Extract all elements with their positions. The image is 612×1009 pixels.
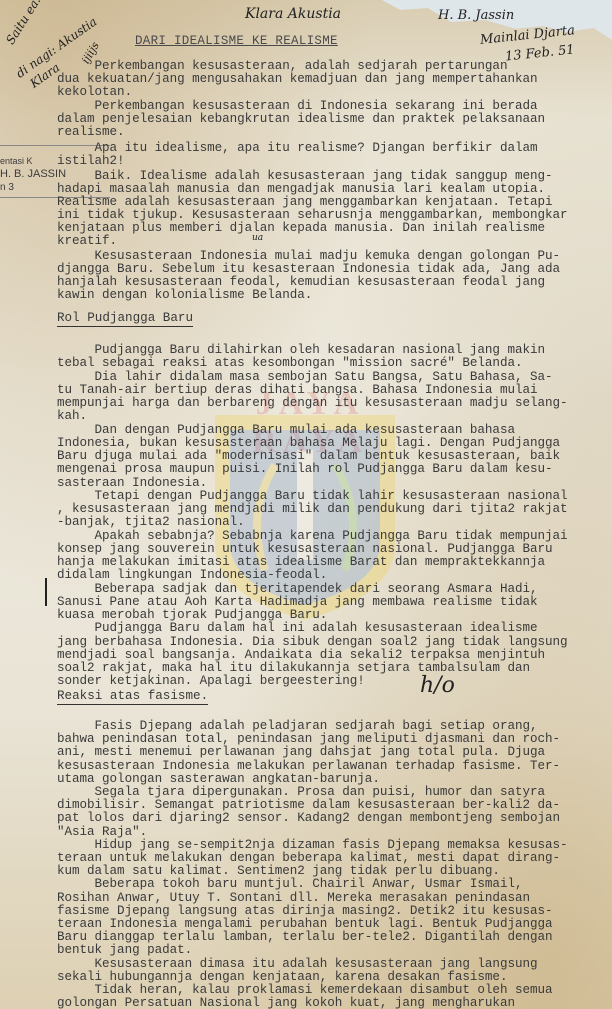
typed-line: fasisme Djepang langsung atas dirinja ma… <box>57 905 553 918</box>
typed-line: Tetapi dengan Pudjangga Baru tidak lahir… <box>57 490 568 503</box>
typed-line: teraan untuk melakukan dengan beberapa k… <box>57 852 560 865</box>
typed-line: teraan Indonesia mengalami perubahan ben… <box>57 918 553 931</box>
typed-line: pat lolos dari djaring2 sensor. Kadang2 … <box>57 812 560 825</box>
typed-line: didalam lingkungan Indonesia-feodal. <box>57 569 327 582</box>
typed-line: Hidup jang se-sempit2nja dizaman fasis D… <box>57 839 568 852</box>
typed-line: dimobilisir. Semangat patriotisme dalam … <box>57 799 560 812</box>
handwritten-author-name: Klara Akustia <box>245 8 341 21</box>
heading-rol-pudjangga-baru: Rol Pudjangga Baru <box>57 312 193 327</box>
typed-line: istilah2! <box>57 155 125 168</box>
typed-line: dalam penjelesaian kebangkrutan idealism… <box>57 113 545 126</box>
typed-line: Pudjangga Baru dalam hal ini adalah kesu… <box>57 622 537 635</box>
typed-line: Baru dianggap terlalu lamban, terlalu be… <box>57 931 553 944</box>
typed-line: tu Tanah-air bertiup deras dihati bangsa… <box>57 384 537 397</box>
typed-line: kekolotan. <box>57 86 132 99</box>
typed-line: Indonesia, bukan kesusasteraan bahasa Me… <box>57 437 560 450</box>
typed-line: kum dalam satu kalimat. Sentimen2 jang t… <box>57 865 500 878</box>
typed-line: bahwa penindasan total, penindasan jang … <box>57 733 560 746</box>
typed-line: realisme. <box>57 126 125 139</box>
typed-line: hanjalah kesusasteraan feodal, kemudian … <box>57 276 545 289</box>
typed-line: Kesusasteraan Indonesia mulai madju kemu… <box>57 250 560 263</box>
typed-line: Pudjangga Baru dilahirkan oleh kesadaran… <box>57 344 545 357</box>
handwritten-date: 13 Feb. 51 <box>505 44 576 64</box>
margin-mark <box>45 578 47 606</box>
typed-line: Dan dengan Pudjangga Baru mulai ada kesu… <box>57 424 515 437</box>
handwritten-initials: h/o <box>420 680 455 693</box>
typed-line: hadapi masaalah manusia dan mengadjak ma… <box>57 183 545 196</box>
typed-line: kuasa merobah tjorak Pudjangga Baru. <box>57 609 327 622</box>
typed-line: utama golongan sasterawan angkatan-barun… <box>57 773 380 786</box>
typed-line: Perkembangan kesusasteraan, adalah sedja… <box>57 60 507 73</box>
typed-line: Segala tjara dipergunakan. Prosa dan pui… <box>57 786 545 799</box>
typed-line: Sanusi Pane atau Aoh Karta Hadimadja jan… <box>57 596 537 609</box>
stamp-line-1: entasi K <box>0 155 33 168</box>
typed-line: Apakah sebabnja? Sebabnja karena Pudjang… <box>57 530 568 543</box>
typed-line: Baik. Idealisme adalah kesusasteraan jan… <box>57 170 553 183</box>
typed-line: Apa itu idealisme, apa itu realisme? Dja… <box>57 142 537 155</box>
typed-line: "Asia Raja". <box>57 826 147 839</box>
typed-line: Perkembangan kesusasteraan di Indonesia … <box>57 100 537 113</box>
typed-line: sekali hubungannja dengan kenjataan, kar… <box>57 971 507 984</box>
typed-line: ani, mesti menemui perlawanan jang dahsj… <box>57 746 545 759</box>
typed-line: Baru djuga mulai ada "modernisasi" dalam… <box>57 450 560 463</box>
document-title: DARI IDEALISME KE REALISME <box>135 35 338 48</box>
typed-line: Realisme adalah kesusasteraan jang mengg… <box>57 196 553 209</box>
typed-line: golongan Persatuan Nasional jang kokoh k… <box>57 997 515 1009</box>
typed-line: tebal sebagai reaksi atas kesombongan "m… <box>57 357 522 370</box>
typed-line: kreatif. <box>57 235 117 248</box>
typed-line: konsep jang souverein untuk kesusasteraa… <box>57 543 553 556</box>
typed-line: kesusasteraan Indonesia melakukan perlaw… <box>57 760 560 773</box>
stamp-line-3: n 3 <box>0 182 14 195</box>
typed-line: Dia lahir didalam masa sembojan Satu Ban… <box>57 371 553 384</box>
typed-line: Tidak heran, kalau proklamasi kemerdekaa… <box>57 984 553 997</box>
heading-reaksi-fasisme: Reaksi atas fasisme. <box>57 690 208 705</box>
typed-line: djangga Baru. Sebelum itu kesasteraan In… <box>57 263 560 276</box>
handwritten-right-note-1: H. B. Jassin <box>438 10 514 23</box>
typed-line: Rosihan Anwar, Utuy T. Sontani dll. Mere… <box>57 892 530 905</box>
typed-line: dua kekuatan/jang mengusahakan kemadjuan… <box>57 73 537 86</box>
typed-line: mendjadi soal bangsanja. Andaikata dia s… <box>57 649 545 662</box>
typed-document: Klara Akustia Saitu ea: di nagi: Akustia… <box>0 0 612 1009</box>
handwritten-left-note-1: Saitu ea: <box>4 0 43 47</box>
typed-line: Beberapa sadjak dan tjeritapendek dari s… <box>57 583 537 596</box>
typed-line: ini tidak tjukup. Kesusasteraan seharusn… <box>57 209 568 222</box>
typed-line: kenjataan plus memberi djalan kepada man… <box>57 222 545 235</box>
typed-line: mempunjai harga dan berbareng dengan itu… <box>57 397 568 410</box>
typed-line: soal2 rakjat, maka hal itu dilakukannja … <box>57 662 530 675</box>
typed-line: Beberapa tokoh baru muntjul. Chairil Anw… <box>57 878 522 891</box>
typed-line: kawin dengan kolonialisme Belanda. <box>57 289 312 302</box>
typed-line: , kesusasteraan jang mendjadi milik dan … <box>57 503 568 516</box>
typed-line: Kesusasteraan dimasa itu adalah kesusast… <box>57 958 537 971</box>
typed-line: sasteraan Indonesia. <box>57 477 207 490</box>
typed-line: jang berbahasa Indonesia. Dia sibuk deng… <box>57 636 568 649</box>
typed-line: Fasis Djepang adalah peladjaran sedjarah… <box>57 720 537 733</box>
typed-line: kah. <box>57 410 87 423</box>
typed-line: sonder ketjakinan. Apalagi bergeestering… <box>57 675 365 688</box>
typed-line: -banjak, tjita2 nasional. <box>57 516 245 529</box>
typed-line: bentuk jang padat. <box>57 944 192 957</box>
typed-line: hanja melakukan imitasi atas idealisme B… <box>57 556 545 569</box>
typed-line: mengenai prosa maupun puisi. Inilah rol … <box>57 463 553 476</box>
